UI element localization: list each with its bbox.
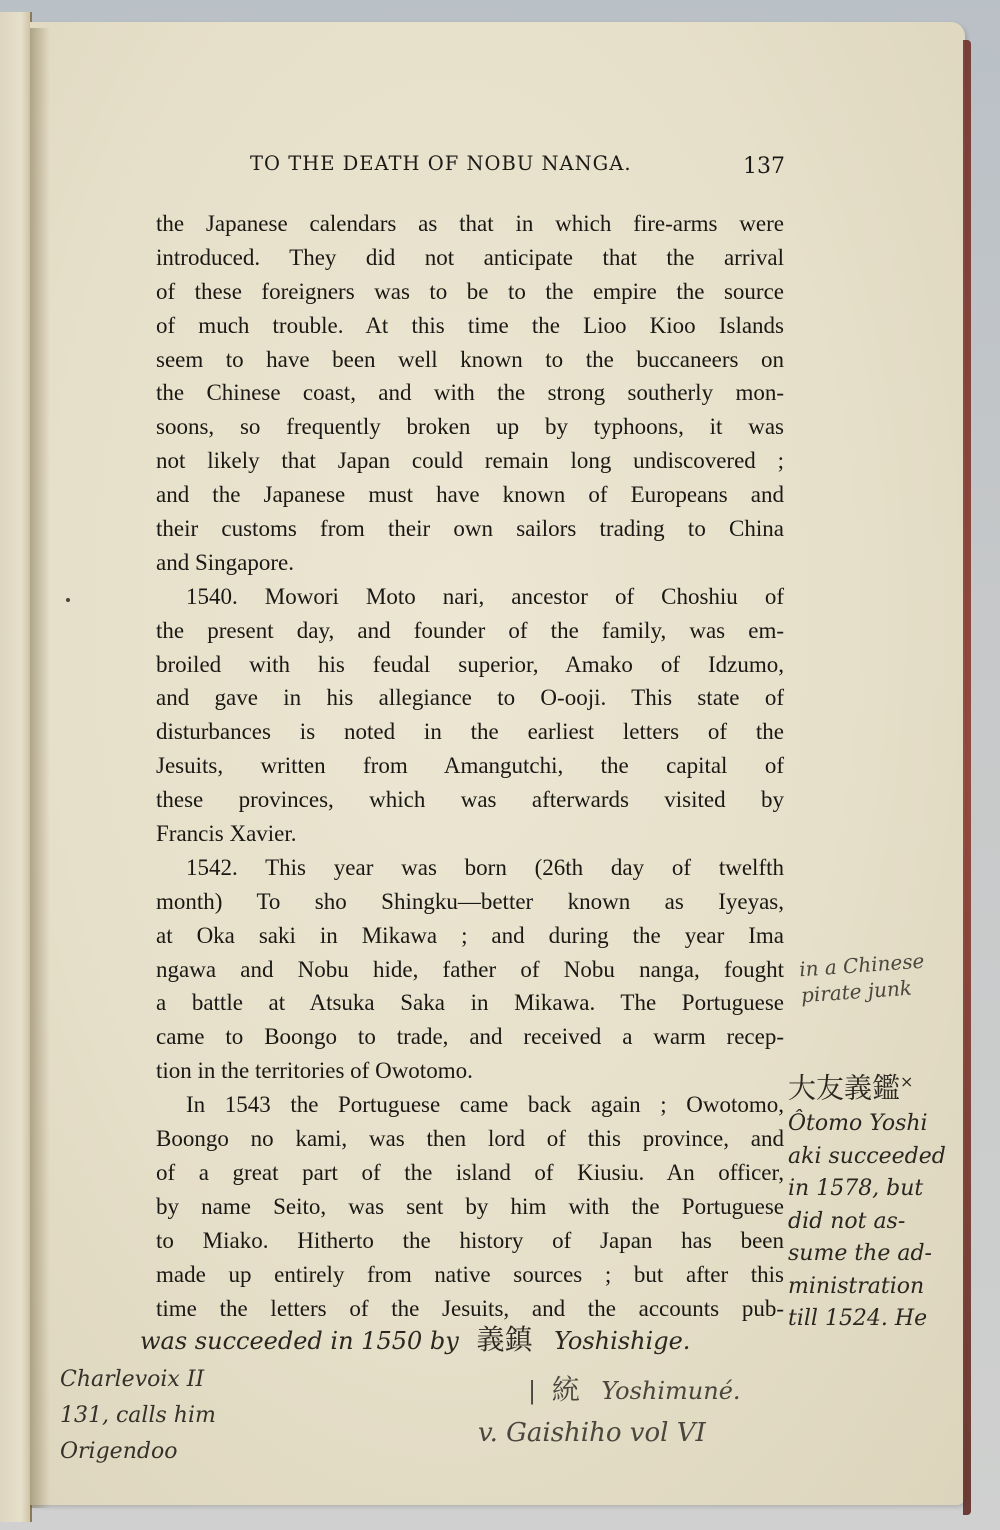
note-line: 131, calls him <box>60 1398 216 1434</box>
text-line: tion in the territories of Owotomo. <box>156 1054 784 1088</box>
text-line: came to Boongo to trade, and received a … <box>156 1020 784 1054</box>
text-line: of a great part of the island of Kiusiu.… <box>156 1156 784 1190</box>
text-line: their customs from their own sailors tra… <box>156 512 784 546</box>
handwritten-note-yoshimune: | 統 Yoshimuné. <box>528 1368 741 1408</box>
text-line: these provinces, which was afterwards vi… <box>156 783 784 817</box>
text-line: made up entirely from native sources ; b… <box>156 1258 784 1292</box>
note-line: sume the ad- <box>788 1238 946 1271</box>
handwritten-note-gaishiho: v. Gaishiho vol VI <box>478 1418 706 1448</box>
running-title: TO THE DEATH OF NOBU NANGA. <box>250 152 632 175</box>
note-text: was succeeded in 1550 by <box>140 1327 459 1355</box>
handwritten-note-charlevoix: Charlevoix II 131, calls him Origendoo <box>60 1362 216 1470</box>
note-line: aki succeeded <box>788 1141 946 1174</box>
text-line: disturbances is noted in the earliest le… <box>156 715 784 749</box>
text-line: introduced. They did not anticipate that… <box>156 241 784 275</box>
text-line: Boongo no kami, was then lord of this pr… <box>156 1122 784 1156</box>
text-line: broiled with his feudal superior, Amako … <box>156 648 784 682</box>
note-line: did not as- <box>788 1206 946 1239</box>
text-line: Francis Xavier. <box>156 817 784 851</box>
text-line: at Oka saki in Mikawa ; and during the y… <box>156 919 784 953</box>
note-line: till 1524. He <box>788 1303 946 1336</box>
kanji-otomo-yoshiaki: 大友義鑑 <box>788 1071 900 1104</box>
text-line: by name Seito, was sent by him with the … <box>156 1190 784 1224</box>
paragraph-1543-start: In 1543 the Portuguese came back again ;… <box>156 1088 784 1122</box>
note-romaji: Yoshimuné. <box>601 1377 740 1405</box>
text-line: seem to have been well known to the bucc… <box>156 343 784 377</box>
page-number: 137 <box>743 154 785 179</box>
text-line: and gave in his allegiance to O-ooji. Th… <box>156 681 784 715</box>
handwritten-note-otomo: 大友義鑑× Ôtomo Yoshi aki succeeded in 1578,… <box>788 1062 946 1336</box>
note-line: in 1578, but <box>788 1173 946 1206</box>
kanji-yoshimune: 統 <box>552 1373 580 1406</box>
handwritten-note-succession: was succeeded in 1550 by 義鎮 Yoshishige. <box>140 1318 690 1358</box>
note-line: ministration <box>788 1271 946 1304</box>
text-line: Jesuits, written from Amangutchi, the ca… <box>156 749 784 783</box>
text-line: and Singapore. <box>156 546 784 580</box>
book-cover-edge <box>963 40 971 1515</box>
text-line: a battle at Atsuka Saka in Mikawa. The P… <box>156 986 784 1020</box>
text-line: the Chinese coast, and with the strong s… <box>156 376 784 410</box>
note-line: Ôtomo Yoshi <box>788 1108 946 1141</box>
note-romaji: Yoshishige. <box>554 1327 690 1355</box>
kanji-yoshishige: 義鎮 <box>476 1323 532 1356</box>
body-text: the Japanese calendars as that in which … <box>156 207 784 1325</box>
text-line: of much trouble. At this time the Lioo K… <box>156 309 784 343</box>
paragraph-1542-start: 1542. This year was born (26th day of tw… <box>156 851 784 885</box>
text-line: and the Japanese must have known of Euro… <box>156 478 784 512</box>
ditto-mark: | <box>528 1377 536 1405</box>
text-line: the Japanese calendars as that in which … <box>156 207 784 241</box>
text-line: soons, so frequently broken up by typhoo… <box>156 410 784 444</box>
cross-mark: × <box>900 1072 913 1091</box>
text-line: of these foreigners was to be to the emp… <box>156 275 784 309</box>
text-line: to Miako. Hitherto the history of Japan … <box>156 1224 784 1258</box>
previous-page-edge <box>0 12 32 1522</box>
note-line: Origendoo <box>60 1434 216 1470</box>
text-line: the present day, and founder of the fami… <box>156 614 784 648</box>
paragraph-1540-start: 1540. Mowori Moto nari, ancestor of Chos… <box>156 580 784 614</box>
note-kanji-line: 大友義鑑× <box>788 1062 946 1108</box>
binding-shadow <box>30 28 50 1508</box>
text-line: month) To sho Shingku—better known as Iy… <box>156 885 784 919</box>
text-line: not likely that Japan could remain long … <box>156 444 784 478</box>
note-line: Charlevoix II <box>60 1362 216 1398</box>
text-line: ngawa and Nobu hide, father of Nobu nang… <box>156 953 784 987</box>
ink-spot <box>66 598 70 602</box>
handwritten-note-chinese-junk: in a Chinese pirate junk <box>798 948 927 1009</box>
running-header: TO THE DEATH OF NOBU NANGA. 137 <box>250 150 785 182</box>
